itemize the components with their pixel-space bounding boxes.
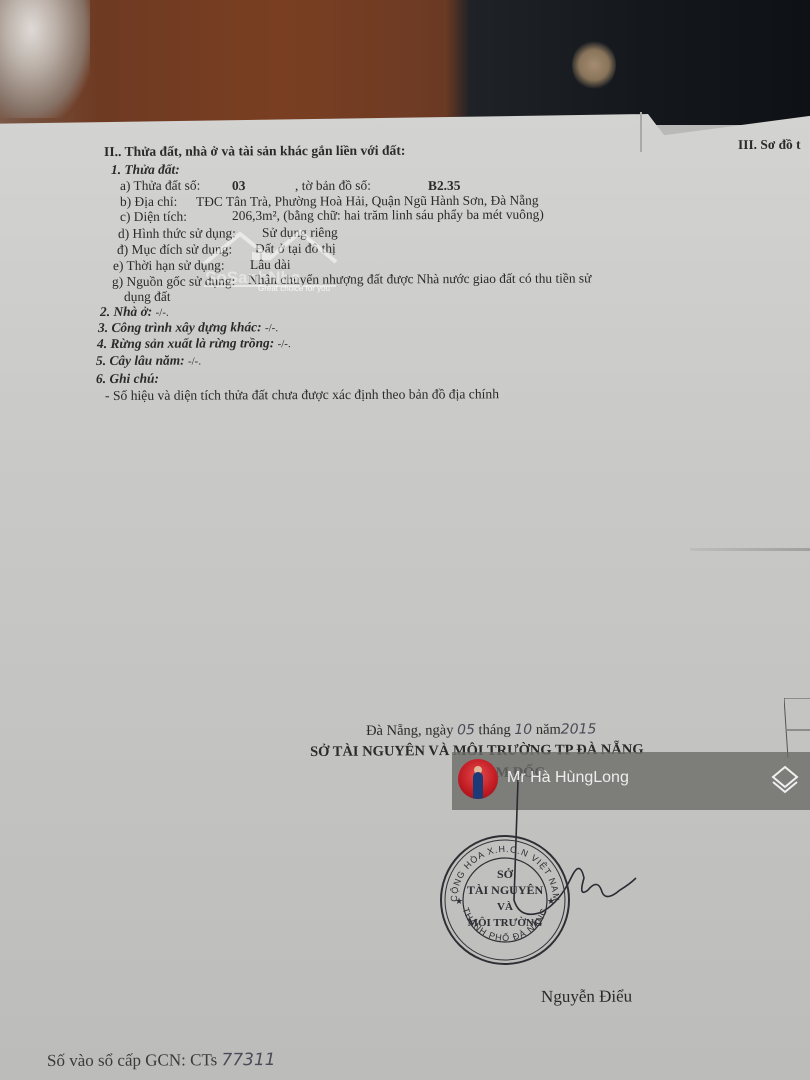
- item-value: -/-.: [156, 307, 169, 319]
- map-sheet-value: B2.35: [428, 179, 460, 193]
- watermark-tagline: Great choice for you: [258, 285, 330, 293]
- date-prefix: Đà Nẵng, ngày: [366, 722, 454, 739]
- land-parcel-heading: 1. Thửa đất:: [111, 163, 180, 177]
- address-label: b) Địa chỉ:: [120, 195, 177, 209]
- map-sheet-label: , tờ bản đồ số:: [295, 179, 371, 193]
- item-value: -/-.: [278, 338, 291, 350]
- area-value: 206,3m², (bằng chữ: hai trăm linh sáu ph…: [232, 208, 544, 223]
- list-item: 4. Rừng sản xuất là rừng trồng: -/-.: [97, 336, 291, 351]
- date-month: 10: [514, 722, 532, 738]
- stamp-star-left: ★: [455, 896, 463, 906]
- signer-name: Nguyễn Điểu: [541, 988, 632, 1005]
- official-seal-stamp: CỘNG HÒA X.H.C.N VIỆT NAM THÀNH PHỐ ĐÀ N…: [437, 832, 573, 968]
- parcel-number-value: 03: [232, 179, 245, 192]
- decor-flower: [572, 40, 616, 90]
- layers-stack-icon[interactable]: [770, 764, 800, 794]
- date-year: 2015: [561, 721, 597, 737]
- date-day: 05: [457, 722, 475, 738]
- right-page-table-lines: [784, 698, 810, 758]
- item-label: 4. Rừng sản xuất là rừng trồng:: [97, 335, 274, 351]
- item-value: -/-.: [265, 322, 278, 334]
- year-label: năm: [536, 722, 561, 738]
- background-table: [0, 0, 810, 125]
- stamp-center-line: MÔI TRƯỜNG: [468, 916, 543, 929]
- parcel-number-label: a) Thửa đất số:: [120, 179, 200, 193]
- item-label: 3. Công trình xây dựng khác:: [98, 319, 262, 335]
- registry-label: Số vào sổ cấp GCN: CTs: [47, 1050, 217, 1070]
- stamp-center-line: VÀ: [497, 901, 513, 913]
- list-item: 5. Cây lâu năm: -/-.: [96, 354, 201, 368]
- list-item: 6. Ghi chú:: [96, 372, 159, 386]
- stamp-center-line: TÀI NGUYÊN: [467, 883, 544, 897]
- item-label: 2. Nhà ở:: [100, 304, 152, 319]
- stamp-star-right: ★: [547, 896, 555, 906]
- area-label: c) Diện tích:: [120, 210, 187, 224]
- item-label: 5. Cây lâu năm:: [96, 353, 185, 368]
- list-item: 2. Nhà ở: -/-.: [100, 305, 169, 319]
- item-value: -/-.: [188, 356, 201, 368]
- registry-line: Số vào sổ cấp GCN: CTs 77311: [47, 1051, 276, 1070]
- section-title: II.. Thửa đất, nhà ở và tài sản khác gắn…: [104, 144, 405, 159]
- item-label: 6. Ghi chú:: [96, 371, 159, 386]
- glass-object: [0, 0, 90, 118]
- origin-value-line2: dụng đất: [124, 290, 171, 304]
- page-fold: [640, 112, 642, 152]
- right-page-heading: III. Sơ đồ t: [738, 138, 801, 152]
- paper-crease: [690, 548, 810, 551]
- registry-number: 77311: [221, 1050, 275, 1070]
- note-text: - Số hiệu và diện tích thửa đất chưa đượ…: [105, 387, 499, 402]
- stamp-center-line: SỞ: [497, 867, 514, 881]
- date-line: Đà Nẵng, ngày 05 tháng 10 năm2015: [366, 722, 596, 738]
- list-item: 3. Công trình xây dựng khác: -/-.: [98, 320, 278, 335]
- month-label: tháng: [478, 722, 510, 738]
